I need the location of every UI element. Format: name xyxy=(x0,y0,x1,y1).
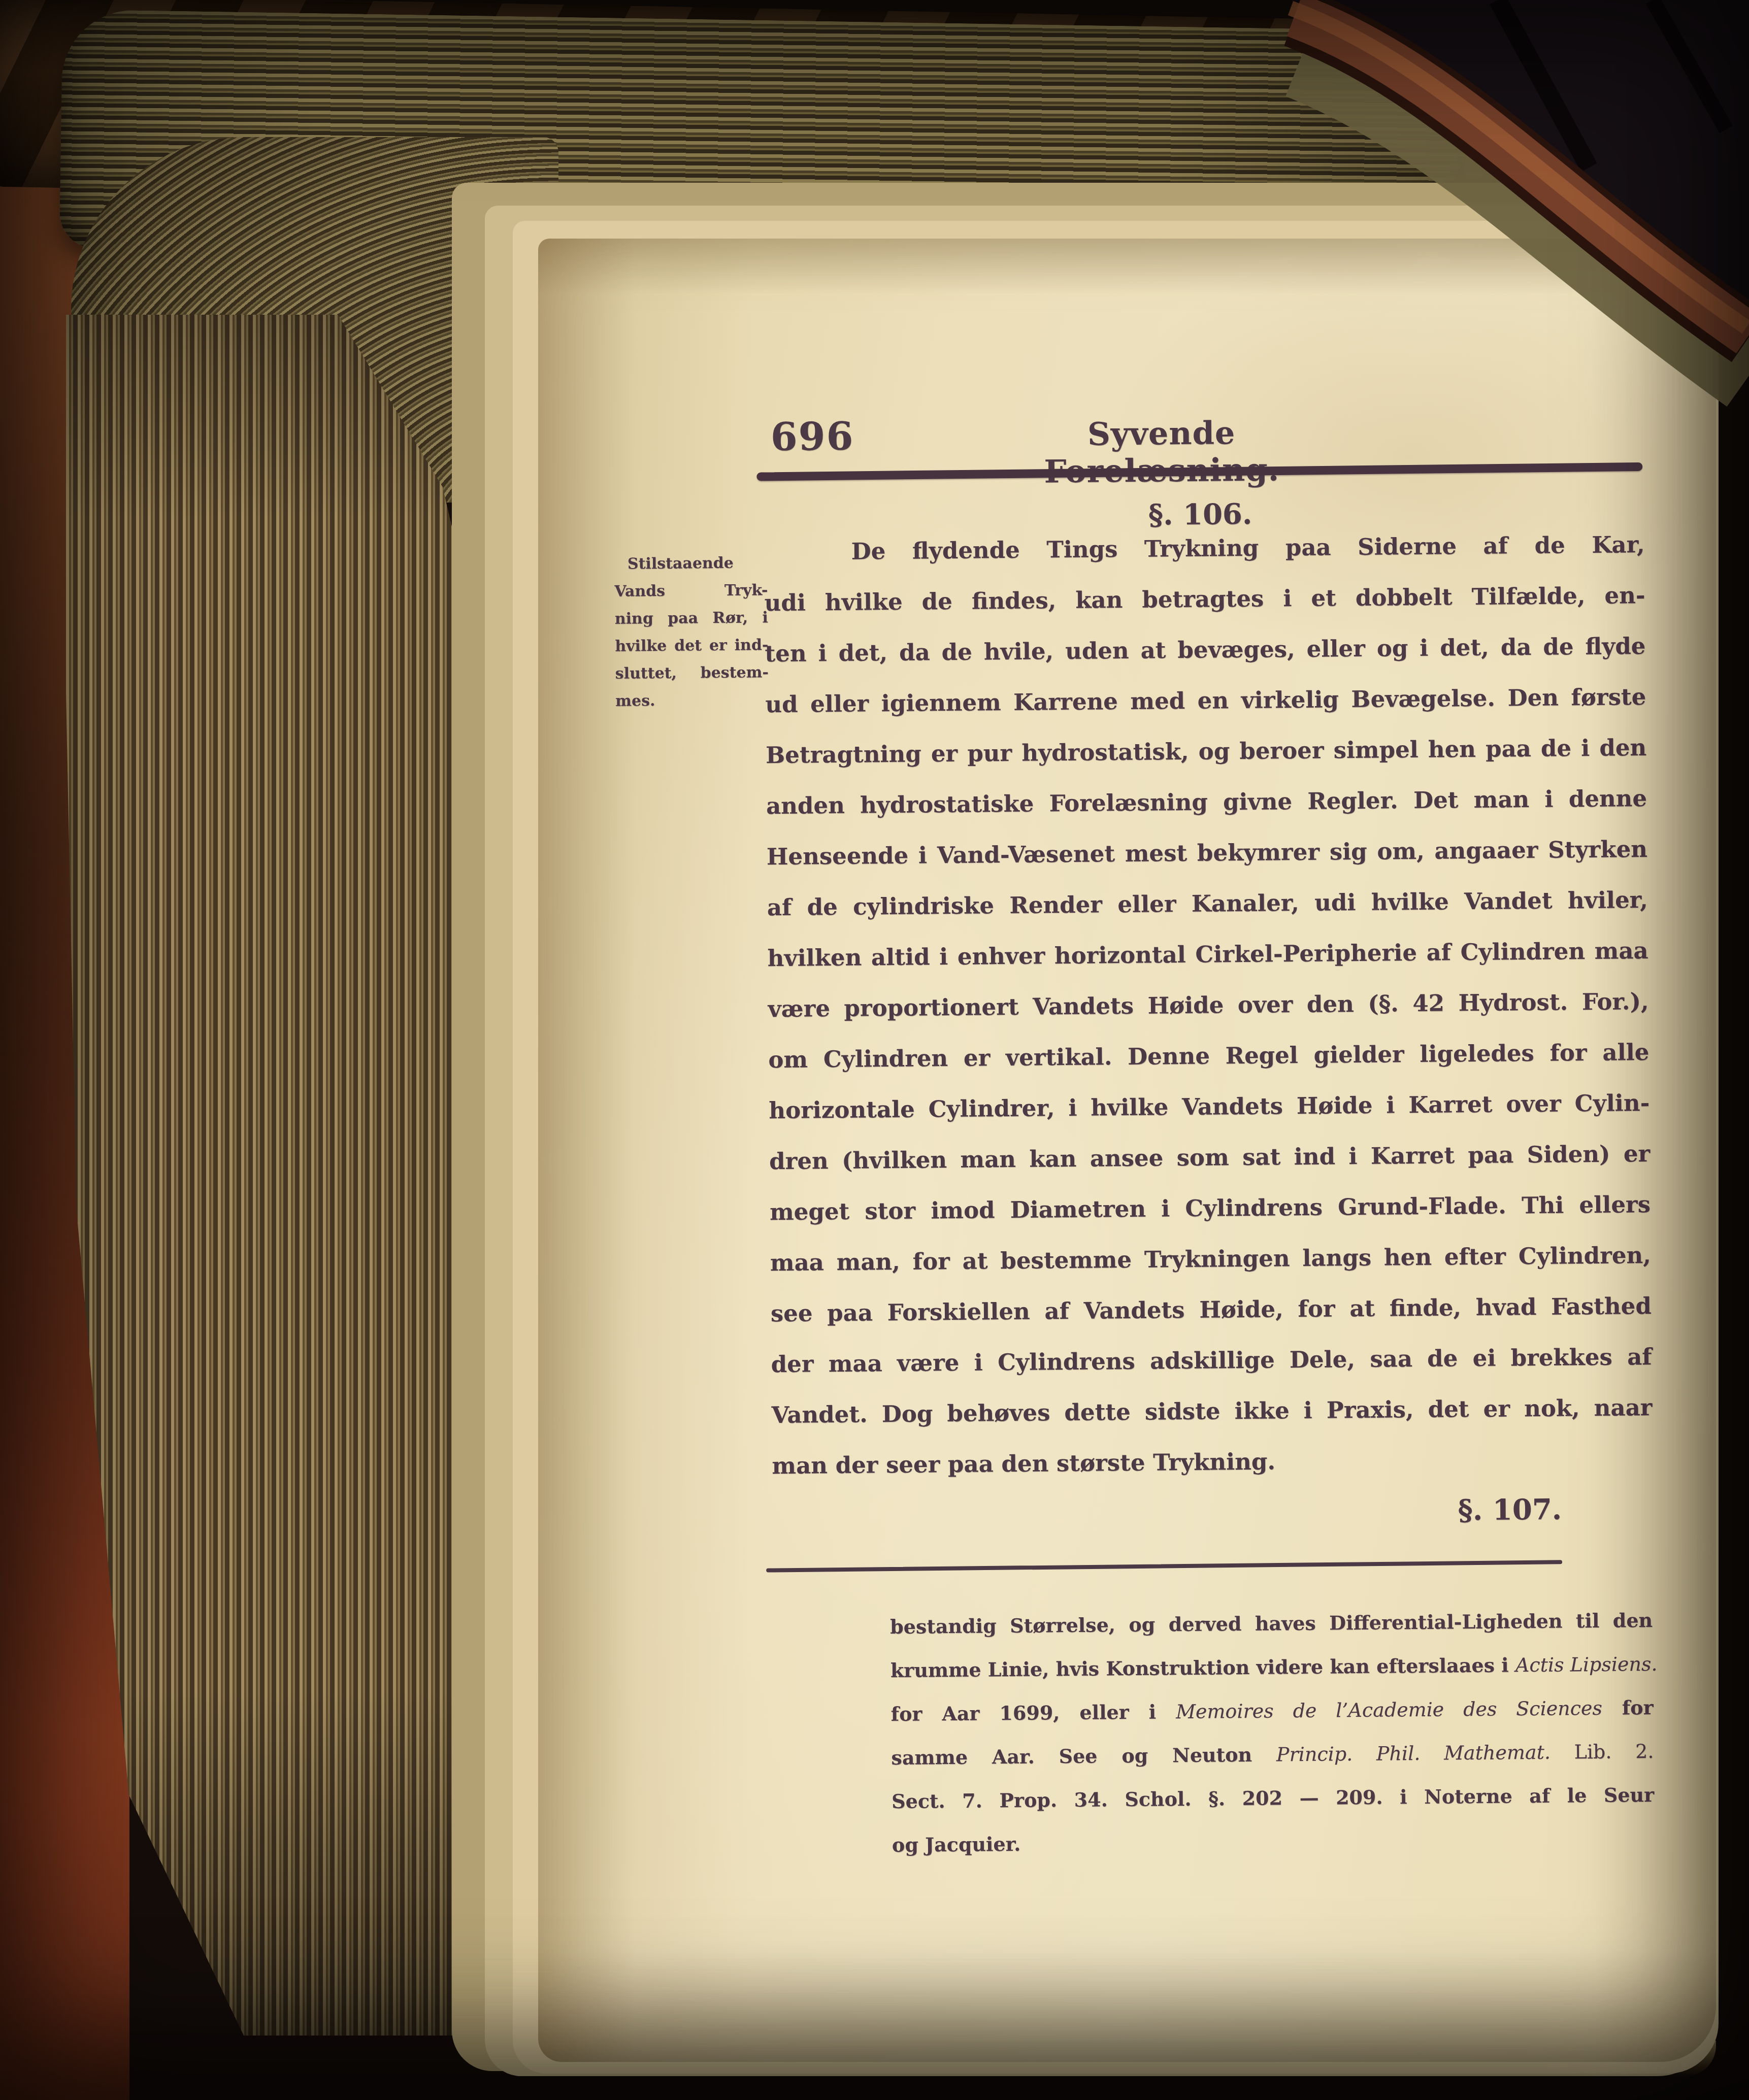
footnote-text: for xyxy=(1602,1696,1654,1719)
margin-note-line: sluttet, bestem- xyxy=(615,659,769,688)
text-line: om Cylindren er vertikal. Denne Regel gi… xyxy=(768,1027,1649,1085)
footnote-text: for Aar 1699, eller i xyxy=(890,1700,1176,1725)
footnote-text: bestandig Størrelse, og derved haves Dif… xyxy=(890,1609,1653,1638)
footnote-text: Sect. 7. Prop. 34. Schol. §. 202 — 209. … xyxy=(892,1783,1654,1813)
margin-note-line: hvilke det er ind- xyxy=(615,631,768,660)
footnote: bestandig Størrelse, og derved haves Dif… xyxy=(890,1598,1655,1867)
footnote-text: samme Aar. See og Neuton xyxy=(891,1743,1276,1769)
footnote-citation: Memoires de l’Academie des Sciences xyxy=(1176,1697,1602,1723)
text-line: Vandet. Dog behøves dette sidste ikke i … xyxy=(771,1382,1653,1441)
section-heading-107: §. 107. xyxy=(767,1492,1651,1533)
text-line: ten i det, da de hvile, uden at bevæges,… xyxy=(765,621,1646,679)
footnote-line: samme Aar. See og Neuton Princip. Phil. … xyxy=(891,1729,1654,1780)
margin-note-line: ning paa Rør, i xyxy=(615,604,768,633)
footnote-citation: Princip. Phil. Mathemat. xyxy=(1276,1741,1550,1766)
page-number: 696 xyxy=(770,414,854,459)
text-line: maa man, for at bestemme Trykningen lang… xyxy=(770,1230,1651,1288)
footnote-line: Sect. 7. Prop. 34. Schol. §. 202 — 209. … xyxy=(892,1773,1655,1823)
text-line: meget stor imod Diametren i Cylindrens G… xyxy=(770,1179,1651,1238)
footnote-text: Lib. 2. xyxy=(1550,1740,1654,1763)
text-line: der maa være i Cylindrens adskillige Del… xyxy=(771,1331,1652,1390)
text-line: De flydende Tings Trykning paa Siderne a… xyxy=(764,519,1645,578)
book-page: 696 Syvende Forelæsning. §. 106. Stilsta… xyxy=(538,239,1716,2062)
footnote-line: krumme Linie, hvis Konstruktion videre k… xyxy=(890,1642,1654,1692)
footnote-line: for Aar 1699, eller i Memoires de l’Acad… xyxy=(890,1686,1654,1736)
text-line: udi hvilke de findes, kan betragtes i et… xyxy=(764,570,1645,628)
margin-note-line: mes. xyxy=(615,686,769,715)
cover-seam xyxy=(1653,0,1726,129)
margin-note-line: Vands Tryk- xyxy=(614,577,768,606)
footnote-text: og Jacquier. xyxy=(892,1832,1021,1856)
running-title: Syvende Forelæsning. xyxy=(983,413,1339,490)
footnote-text: krumme Linie, hvis Konstruktion videre k… xyxy=(890,1653,1515,1682)
footnote-line: og Jacquier. xyxy=(892,1817,1655,1867)
text-line: af de cylindriske Render eller Kanaler, … xyxy=(767,875,1648,933)
footnote-line: bestandig Størrelse, og derved haves Dif… xyxy=(890,1598,1653,1649)
text-line: være proportionert Vandets Høide over de… xyxy=(768,976,1649,1035)
margin-note: Stilstaaende Vands Tryk- ning paa Rør, i… xyxy=(614,549,769,715)
text-line: Betragtning er pur hydrostatisk, og bero… xyxy=(766,722,1647,781)
cover-seam xyxy=(1498,0,1589,168)
text-line: dren (hvilken man kan ansee som sat ind … xyxy=(769,1128,1651,1187)
main-text: De flydende Tings Trykning paa Siderne a… xyxy=(764,519,1653,1491)
text-line: hvilken altid i enhver horizontal Cirkel… xyxy=(767,925,1648,984)
footnote-citation: Actis Lipsiens. xyxy=(1515,1653,1658,1676)
footnote-rule xyxy=(766,1560,1562,1572)
page-content: 696 Syvende Forelæsning. §. 106. Stilsta… xyxy=(530,234,1724,2067)
margin-note-line: Stilstaaende xyxy=(614,549,768,578)
text-line: man der seer paa den største Trykning. xyxy=(772,1433,1653,1491)
text-line: ud eller igiennem Karrene med en virkeli… xyxy=(765,672,1646,730)
text-line: anden hydrostatiske Forelæsning givne Re… xyxy=(766,773,1647,831)
text-line: horizontale Cylindrer, i hvilke Vandets … xyxy=(769,1078,1650,1136)
text-line: see paa Forskiellen af Vandets Høide, fo… xyxy=(770,1281,1652,1339)
text-line: Henseende i Vand-Væsenet mest bekymrer s… xyxy=(766,824,1647,882)
